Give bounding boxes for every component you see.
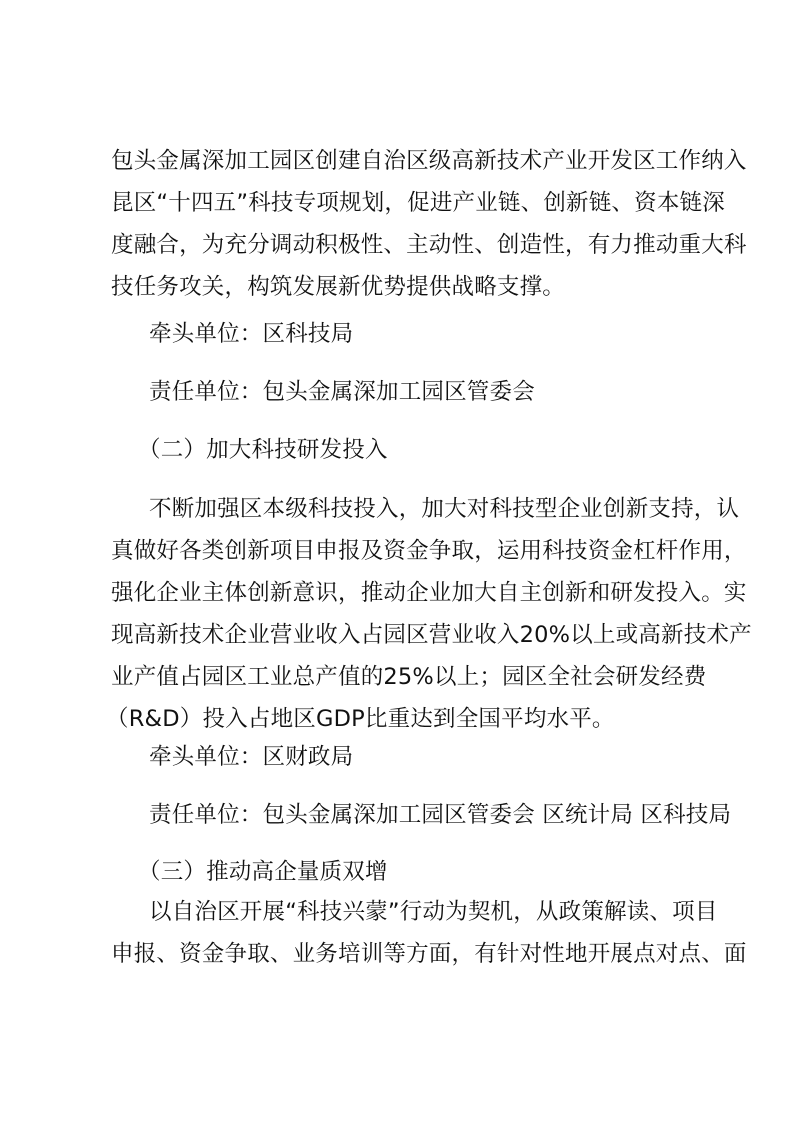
- lead-unit: 牵头单位：区财政局: [149, 742, 749, 772]
- paragraph-line: 包头金属深加工园区创建自治区级高新技术产业开发区工作纳入: [111, 146, 711, 176]
- paragraph-line: 不断加强区本级科技投入，加大对科技型企业创新支持，认: [149, 494, 749, 524]
- paragraph-line: 真做好各类创新项目申报及资金争取，运用科技资金杠杆作用，: [111, 536, 711, 566]
- paragraph-line: （R&D）投入占地区GDP比重达到全国平均水平。: [106, 704, 706, 734]
- section-heading: （三）推动高企量质双增: [138, 857, 738, 887]
- paragraph-line: 昆区“十四五”科技专项规划，促进产业链、创新链、资本链深: [111, 188, 711, 218]
- responsible-unit: 责任单位：包头金属深加工园区管委会: [149, 377, 749, 407]
- paragraph-line: 强化企业主体创新意识，推动企业加大自主创新和研发投入。实: [111, 578, 711, 608]
- paragraph-line: 申报、资金争取、业务培训等方面，有针对性地开展点对点、面: [111, 939, 711, 969]
- paragraph-line: 度融合，为充分调动积极性、主动性、创造性，有力推动重大科: [111, 230, 711, 260]
- document-page: 包头金属深加工园区创建自治区级高新技术产业开发区工作纳入 昆区“十四五”科技专项…: [0, 0, 793, 1122]
- paragraph-line: 业产值占园区工业总产值的25%以上；园区全社会研发经费: [111, 662, 711, 692]
- paragraph-line: 技任务攻关，构筑发展新优势提供战略支撑。: [111, 272, 711, 302]
- paragraph-line: 现高新技术企业营业收入占园区营业收入20%以上或高新技术产: [111, 620, 711, 650]
- section-heading: （二）加大科技研发投入: [138, 435, 738, 465]
- lead-unit: 牵头单位：区科技局: [149, 319, 749, 349]
- responsible-unit: 责任单位：包头金属深加工园区管委会 区统计局 区科技局: [149, 800, 749, 830]
- paragraph-line: 以自治区开展“科技兴蒙”行动为契机，从政策解读、项目: [149, 897, 749, 927]
